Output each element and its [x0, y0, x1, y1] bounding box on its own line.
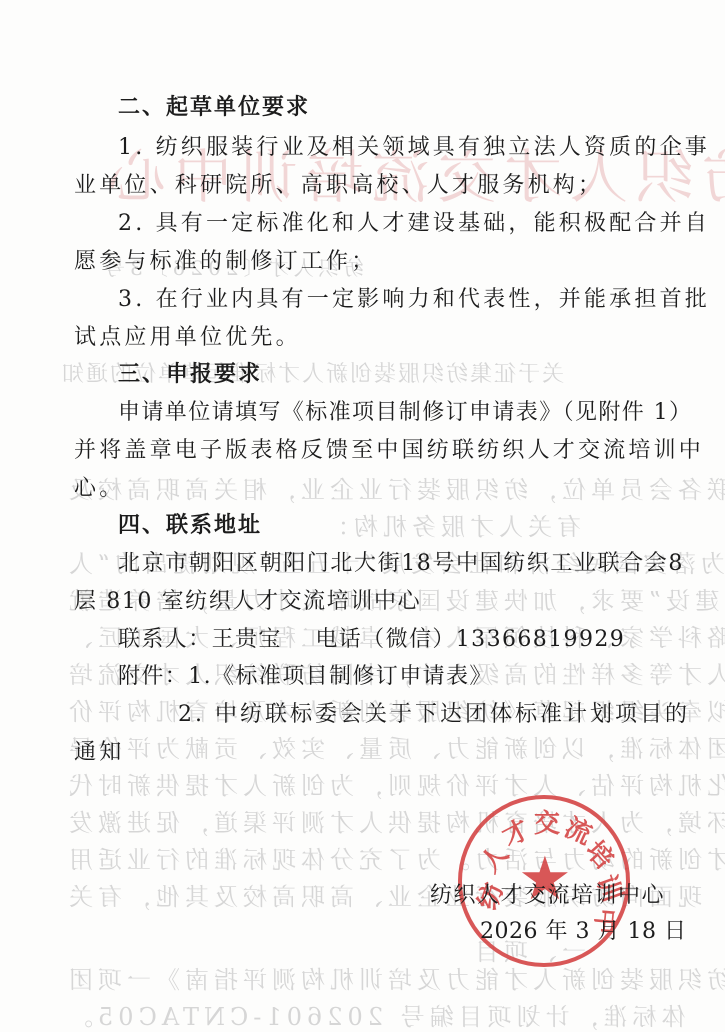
contact-info: 联系人：王贵宝 电话（微信）13366819929 [118, 622, 625, 653]
application-line3: 心。 [74, 471, 124, 502]
requirement-3-line2: 试点应用单位优先。 [74, 320, 301, 351]
application-line1: 申请单位请填写《标准项目制修订申请表》（见附件 1） [118, 395, 692, 426]
attachment-2-line2: 通知 [74, 735, 124, 766]
requirement-1-line1: 1. 纺织服装行业及相关领域具有独立法人资质的企事 [118, 130, 710, 161]
attachment-1: 附件：1.《标准项目制修订申请表》 [118, 659, 493, 690]
bleed-through-para: 指南》团体标准，以创新能力、质量、实效、贡献为评价导 [64, 729, 725, 764]
bleed-through-para: 中国纺联各会员单位，纺织服装行业企业，相关高职高校及 [64, 470, 725, 505]
bleed-through-para: 向，深化机构评估、人才评价规则，为创新人才提供新时代 [64, 766, 725, 801]
signing-date: 2026 年 3 月 18 日 [480, 914, 686, 945]
application-line2: 并将盖章电子版表格反馈至中国纺联纺织人才交流培训中 [74, 433, 704, 464]
seal-char: 交 [534, 803, 560, 840]
address-line1: 北京市朝阳区朝阳门北大街18号中国纺织工业联合会8 [118, 546, 684, 577]
requirement-3-line1: 3. 在行业内具有一定影响力和代表性，并能承担首批 [118, 282, 710, 313]
bleed-through-para: 的成长环境，为人才培育机构提供人才测评渠道，促进激发 [64, 803, 725, 838]
address-line2: 层 810 室纺织人才交流培训中心 [74, 584, 421, 615]
requirement-2-line2: 愿参与标准的制修订工作； [74, 244, 376, 275]
document-page: 纺织人才交流培训中心 纺织人才〔2026〕3号 关于征集纺织服装创新人才标准起草… [0, 0, 725, 1032]
section-heading-contact-address: 四、联系地址 [118, 508, 262, 539]
section-heading-drafting-requirements: 二、起草单位要求 [118, 90, 310, 121]
requirement-2-line1: 2. 具有一定标准化和人才建设基础，能积极配合并自 [118, 206, 710, 237]
signing-organization: 纺织人才交流培训中心 [430, 878, 665, 909]
section-heading-application-requirements: 三、申报要求 [118, 357, 262, 388]
bleed-through-para: 有关人才服务机构： [320, 507, 581, 542]
attachment-2-line1: 2. 中纺联标委会关于下达团体标准计划项目的 [178, 697, 690, 728]
bleed-through-para: 《纺织服装创新人才能力及培训机构测评指南》一项团 [64, 960, 725, 995]
bleed-through-para: 体标准，计划项目编号 202601-CNTAC05。 [64, 997, 686, 1032]
requirement-1-line2: 业单位、科研院所、高职高校、人才服务机构； [74, 168, 603, 199]
